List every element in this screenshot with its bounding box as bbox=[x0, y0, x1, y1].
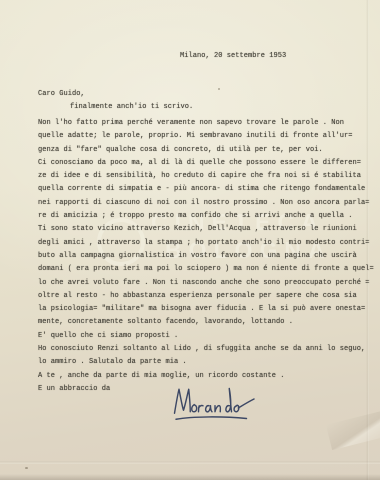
letter-body-line: Ho conosciuto Renzi soltanto al Lido , d… bbox=[38, 343, 374, 356]
letter-body-line: re di amicizia ; é troppo presto ma conf… bbox=[38, 210, 374, 223]
letter-body-line: oltre al resto - ho abbastanza esperienz… bbox=[38, 290, 374, 303]
letter-body-line: lo che avrei voluto fare . Non ti nascon… bbox=[38, 277, 374, 290]
paper-crease-vertical bbox=[366, 0, 369, 480]
letter-body-line: Ci conosciamo da poco ma, al di là di qu… bbox=[38, 157, 374, 170]
letter-body-line: lo ammiro . Salutalo da parte mia . bbox=[38, 356, 374, 369]
letter-body-line: mente, concretamente soltanto facendo, l… bbox=[38, 316, 374, 329]
paper-crease-horizontal bbox=[0, 461, 380, 464]
letter-body-line: Non l'ho fatto prima perché veramente no… bbox=[38, 117, 374, 130]
letter-body-line: nei rapporti di ciascuno di noi con il n… bbox=[38, 197, 374, 210]
letter-body-line: buto alla campagna giornalistica in vost… bbox=[38, 250, 374, 263]
letter-body-line: degli amici , attraverso la stampa ; ho … bbox=[38, 237, 374, 250]
signature-handwriting bbox=[170, 383, 260, 424]
paper-fold-corner bbox=[326, 408, 380, 450]
letter-dateline: Milano, 20 settembre 1953 bbox=[180, 52, 286, 60]
letter-scan: CINETECA BOLOGNA Milano, 20 settembre 19… bbox=[0, 0, 380, 480]
letter-body-line: quella corrente di simpatia e - più anco… bbox=[38, 183, 374, 196]
letter-body-line: ze di idee e di sensibilità, ho creduto … bbox=[38, 170, 374, 183]
paper-speck bbox=[25, 467, 28, 469]
letter-body-line: Ti sono stato vicino attraverso Kezich, … bbox=[38, 223, 374, 236]
letter-body-line: genza di "fare" qualche cosa di concreto… bbox=[38, 144, 374, 157]
paper-speck bbox=[218, 88, 220, 90]
letter-opening-line: finalmente anch'io ti scrivo. bbox=[70, 103, 193, 111]
letter-body: Non l'ho fatto prima perché veramente no… bbox=[38, 117, 374, 396]
paper-bottom-edge-shadow bbox=[0, 474, 380, 480]
letter-body-line: domani ( era pronta ieri ma poi lo sciop… bbox=[38, 263, 374, 276]
letter-body-line: la psicologia= "militare" ma bisogna ave… bbox=[38, 303, 374, 316]
letter-salutation: Caro Guido, bbox=[38, 90, 85, 98]
letter-body-line: E' quello che ci siamo proposti . bbox=[38, 330, 374, 343]
letter-body-line: quelle adatte; le parole, proprio. Mi se… bbox=[38, 130, 374, 143]
letter-body-line: A te , anche da parte di mia moglie, un … bbox=[38, 370, 374, 383]
